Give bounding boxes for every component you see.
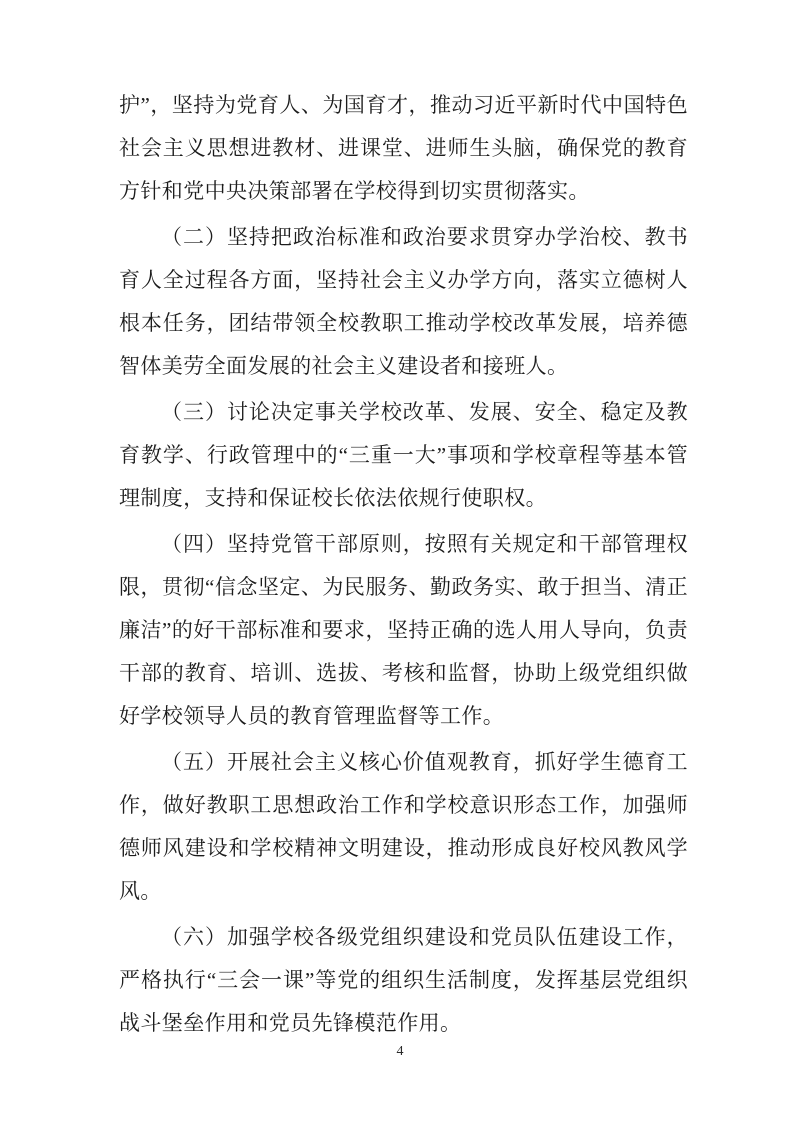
document-body: 护”，坚持为党育人、为国育才，推动习近平新时代中国特色社会主义思想进教材、进课堂…: [119, 84, 688, 1048]
paragraph-item-2: （二）坚持把政治标准和政治要求贯穿办学治校、教书育人全过程各方面，坚持社会主义办…: [119, 216, 688, 388]
paragraph-item-3: （三）讨论决定事关学校改革、发展、安全、稳定及教育教学、行政管理中的“三重一大”…: [119, 391, 688, 520]
page-footer: 4: [0, 1042, 800, 1060]
paragraph-item-6: （六）加强学校各级党组织建设和党员队伍建设工作，严格执行“三会一课”等党的组织生…: [119, 916, 688, 1045]
page-number: 4: [397, 1044, 404, 1059]
document-page: 护”，坚持为党育人、为国育才，推动习近平新时代中国特色社会主义思想进教材、进课堂…: [0, 0, 800, 1131]
paragraph-continuation: 护”，坚持为党育人、为国育才，推动习近平新时代中国特色社会主义思想进教材、进课堂…: [119, 84, 688, 213]
paragraph-item-4: （四）坚持党管干部原则，按照有关规定和干部管理权限，贯彻“信念坚定、为民服务、勤…: [119, 523, 688, 738]
paragraph-item-5: （五）开展社会主义核心价值观教育，抓好学生德育工作，做好教职工思想政治工作和学校…: [119, 741, 688, 913]
